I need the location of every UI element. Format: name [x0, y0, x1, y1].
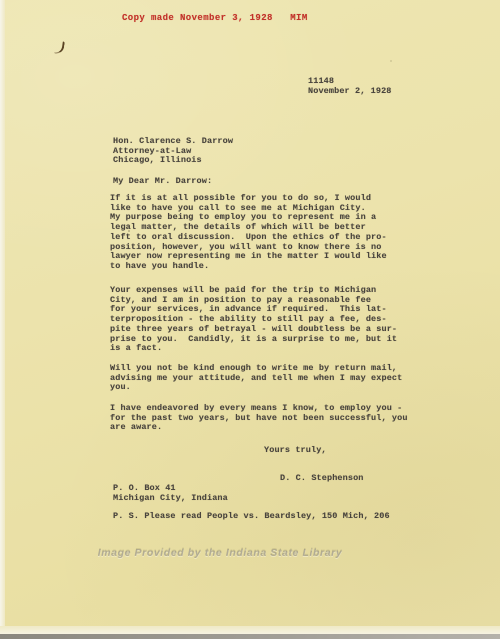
body-paragraph-1: If it is at all possible for you to do s… [110, 194, 387, 272]
complimentary-closing: Yours truly, [264, 446, 327, 456]
file-number-and-date: 11148 November 2, 1928 [308, 77, 392, 96]
scan-edge-left [0, 0, 5, 639]
scan-edge-bottom-highlight [0, 626, 500, 634]
sender-address: P. O. Box 41 Michigan City, Indiana [113, 484, 228, 503]
salutation: My Dear Mr. Darrow: [113, 177, 212, 187]
stray-ink-mark [54, 40, 65, 54]
postscript: P. S. Please read People vs. Beardsley, … [113, 512, 390, 522]
letter-date: November 2, 1928 [308, 86, 392, 96]
signature: D. C. Stephenson [280, 474, 364, 484]
letter-scan: Copy made November 3, 1928 MIM 11148 Nov… [0, 0, 500, 639]
paper-speck [390, 60, 392, 62]
recipient-address: Hon. Clarence S. Darrow Attorney-at-Law … [113, 137, 233, 166]
body-paragraph-2: Your expenses will be paid for the trip … [110, 286, 397, 354]
library-watermark: Image Provided by the Indiana State Libr… [70, 547, 370, 559]
copy-stamp-note: Copy made November 3, 1928 MIM [122, 13, 308, 24]
body-paragraph-3: Will you not be kind enough to write me … [110, 364, 402, 393]
file-number: 11148 [308, 76, 334, 86]
scan-edge-bottom-shadow [0, 634, 500, 639]
body-paragraph-4: I have endeavored by every means I know,… [110, 404, 408, 433]
